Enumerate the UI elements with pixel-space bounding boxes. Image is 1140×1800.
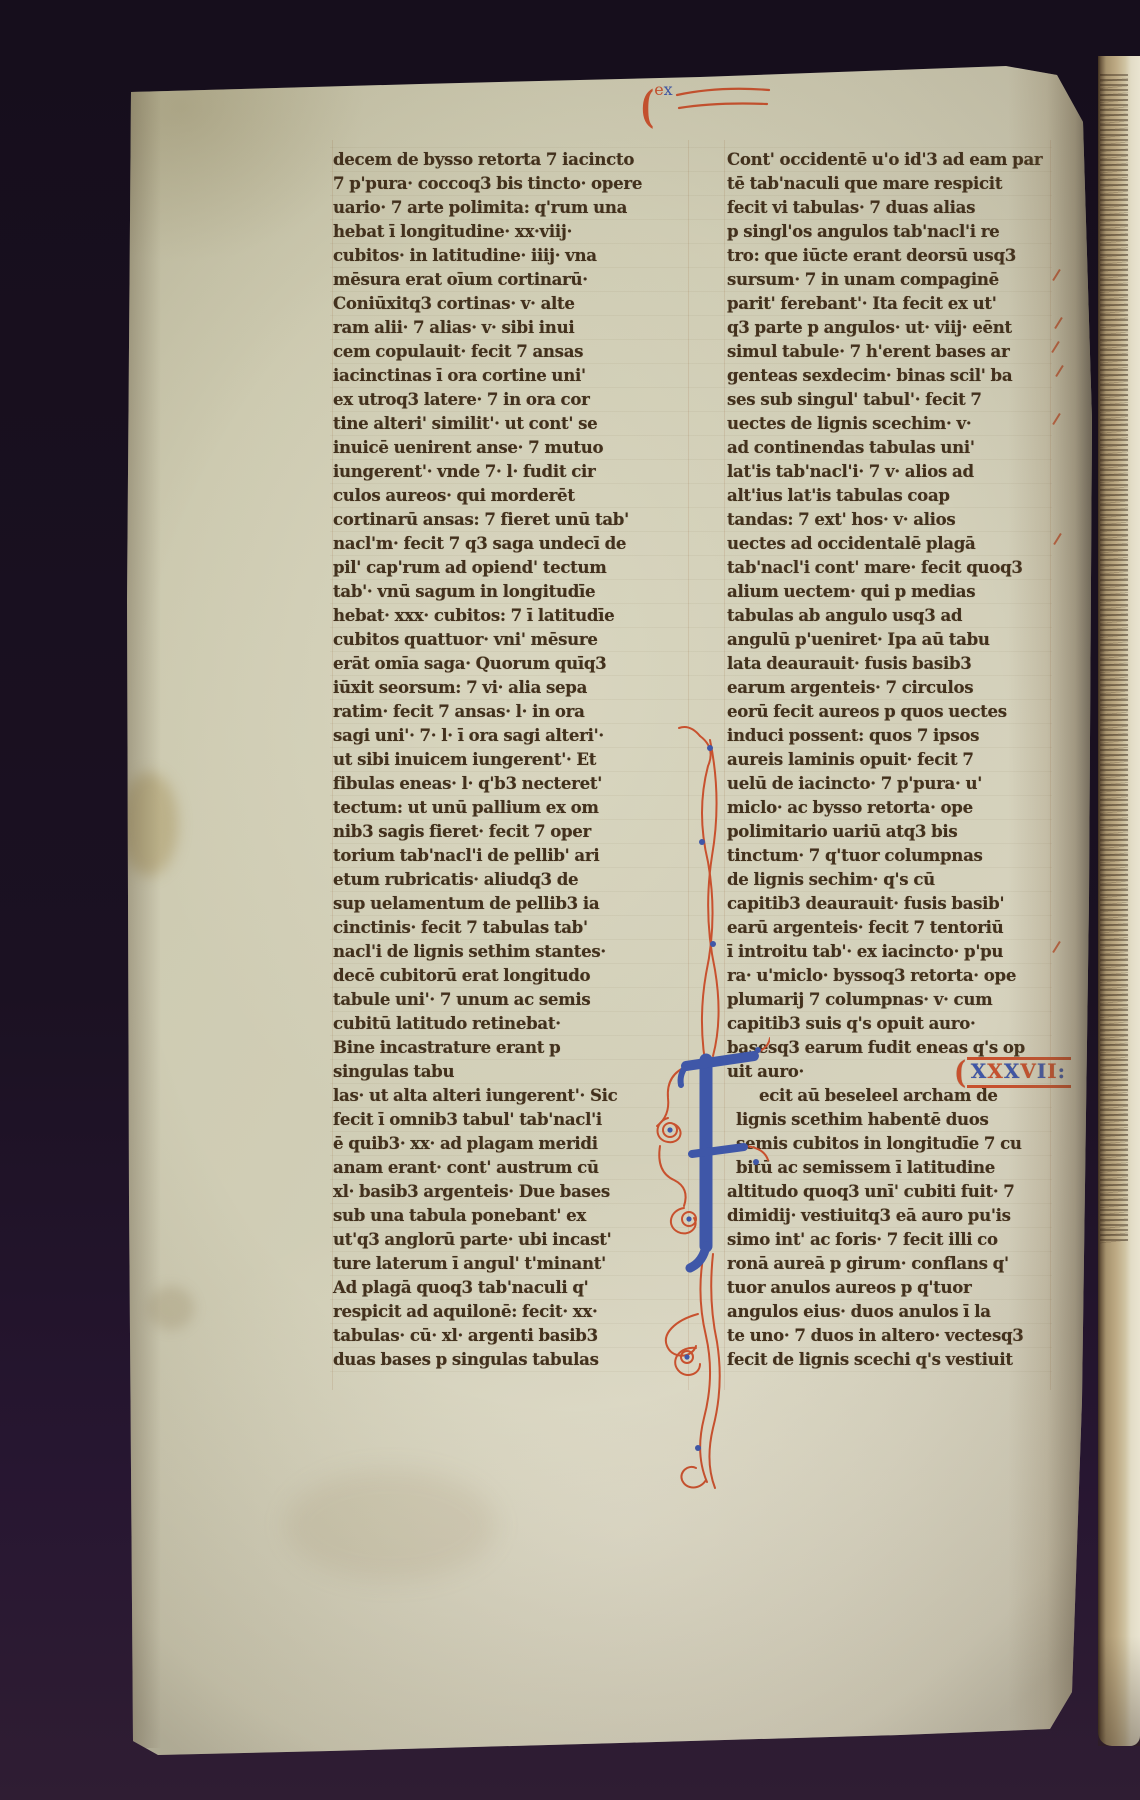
leaf-vignette	[0, 0, 1140, 1800]
initial-letter-value: F	[0, 0, 1, 1]
manuscript-photo: ( ex decem de bysso retorta 7 iacincto7 …	[0, 0, 1140, 1800]
parchment-leaf: ( ex decem de bysso retorta 7 iacincto7 …	[0, 0, 1140, 1800]
book-fore-edge	[1098, 56, 1140, 1746]
